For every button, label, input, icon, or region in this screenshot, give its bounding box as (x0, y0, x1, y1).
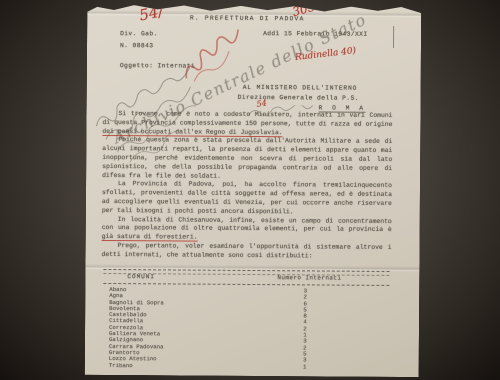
scanned-letter-page: 54/ 303 Rudinella 40) 54 Archivio Centra… (85, 2, 422, 377)
paragraph-5: Prego, pertanto, voler esaminare l'oppor… (102, 242, 392, 262)
paragraph-4-red-underline: già satura di forestieri. (102, 233, 198, 242)
internee-count: 1 (285, 364, 325, 371)
paragraph-2: Poiché questa zona è stata prescelta dal… (102, 136, 392, 182)
letterhead-office: R. PREFETTURA DI PADOVA (147, 14, 347, 22)
paragraph-4: In località di Chiesanuova, infine, esis… (102, 216, 392, 244)
table-header-comuni: COMUNI (127, 273, 155, 280)
paragraph-1-text: Si trovano, come è noto a codesto Minist… (102, 110, 392, 128)
table-rule-bottom (103, 283, 389, 286)
paper-edge-mark (393, 26, 394, 48)
commune-name: Tribano (109, 363, 285, 371)
paragraph-4-text: In località di Chiesanuova, infine, esis… (102, 216, 392, 234)
table-row: Tribano1 (109, 363, 389, 371)
table-header-numero: Numero Internati (277, 274, 341, 281)
recipient-to: AL MINISTERO DELL'INTERNO (243, 84, 358, 92)
paragraph-1: Si trovano, come è noto a codesto Minist… (102, 110, 392, 138)
letter-body: Si trovano, come è noto a codesto Minist… (102, 110, 393, 262)
recipient-department: Direzione Generale della P.S. (238, 94, 359, 102)
paragraph-3: La Provincia di Padova, poi, ha accolto … (102, 180, 392, 217)
letterhead-division: Div. Gab. (120, 30, 158, 37)
screenshot-root: { "annotations": { "corner_number": "54/… (0, 0, 500, 380)
letterhead-subject: Oggetto: Internati (120, 62, 195, 70)
letterhead-protocol: N. 08843 (120, 42, 153, 49)
communes-table: Abano3 Agna2 Bagnoli di Sopra6 Bovolenta… (109, 287, 390, 371)
letterhead-date: Addì 15 Febbraio 1943/XXI (263, 30, 368, 38)
